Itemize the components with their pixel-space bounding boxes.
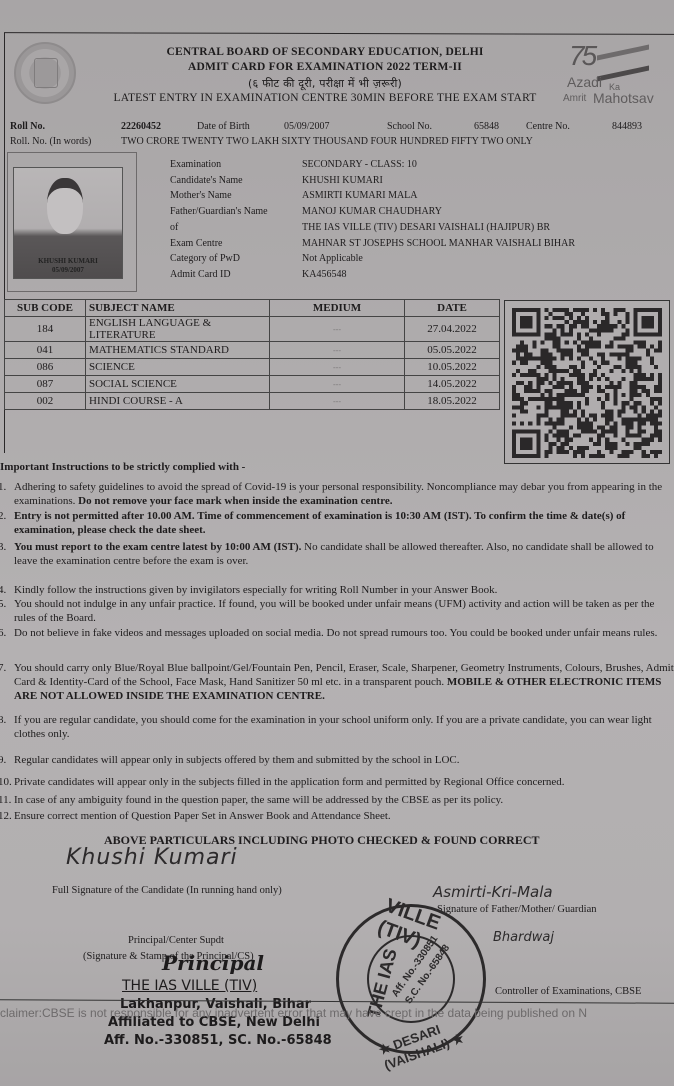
medium-cell: --- — [270, 376, 405, 393]
table-row: 087SOCIAL SCIENCE---14.05.2022 — [5, 376, 500, 393]
school-round-stamp: VILLE (TIV) THE IAS ★ DESARI (VAISHALI) … — [336, 904, 486, 1054]
detail-value: MAHNAR ST JOSEPHS SCHOOL MANHAR VAISHALI… — [302, 238, 575, 249]
entry-notice: LATEST ENTRY IN EXAMINATION CENTRE 30MIN… — [90, 92, 560, 104]
detail-value: THE IAS VILLE (TIV) DESARI VAISHALI (HAJ… — [302, 222, 550, 233]
principal-stamp-title: Principal — [162, 951, 264, 975]
detail-value: Not Applicable — [302, 253, 363, 264]
principal-stamp-school: THE IAS VILLE (TIV) — [122, 978, 257, 994]
subject-name-cell: HINDI COURSE - A — [86, 393, 270, 410]
controller-signature: Bhardwaj — [493, 930, 554, 945]
subject-name-cell: SCIENCE — [86, 359, 270, 376]
detail-value: SECONDARY - CLASS: 10 — [302, 159, 417, 170]
sub-code-cell: 184 — [5, 317, 86, 342]
subject-name-cell: SOCIAL SCIENCE — [86, 376, 270, 393]
cbse-emblem-icon — [14, 42, 76, 104]
col-medium: MEDIUM — [270, 300, 405, 317]
subject-name-cell: ENGLISH LANGUAGE & LITERATURE — [86, 317, 270, 342]
detail-label: Candidate's Name — [170, 175, 243, 186]
medium-cell: --- — [270, 359, 405, 376]
admit-card-title: ADMIT CARD FOR EXAMINATION 2022 TERM-II — [90, 61, 560, 73]
date-cell: 05.05.2022 — [405, 342, 500, 359]
roll-words-label: Roll. No. (In words) — [10, 136, 91, 147]
roll-words-value: TWO CRORE TWENTY TWO LAKH SIXTY THOUSAND… — [121, 136, 533, 147]
detail-label: Exam Centre — [170, 238, 222, 249]
board-title: CENTRAL BOARD OF SECONDARY EDUCATION, DE… — [90, 46, 560, 58]
medium-cell: --- — [270, 393, 405, 410]
admit-card-page: CENTRAL BOARD OF SECONDARY EDUCATION, DE… — [0, 0, 674, 1086]
school-no-value: 65848 — [474, 121, 499, 132]
dob-label: Date of Birth — [197, 121, 250, 132]
parent-signature: Asmirti-Kri-Mala — [433, 883, 553, 901]
table-row: 041MATHEMATICS STANDARD---05.05.2022 — [5, 342, 500, 359]
col-date: DATE — [405, 300, 500, 317]
date-cell: 18.05.2022 — [405, 393, 500, 410]
qr-code-icon — [504, 300, 670, 464]
controller-label: Controller of Examinations, CBSE — [495, 986, 641, 997]
date-cell: 27.04.2022 — [405, 317, 500, 342]
date-cell: 10.05.2022 — [405, 359, 500, 376]
parent-signature-label: Signature of Father/Mother/ Guardian — [437, 904, 597, 915]
detail-value: ASMIRTI KUMARI MALA — [302, 190, 418, 201]
medium-cell: --- — [270, 342, 405, 359]
medium-cell: --- — [270, 317, 405, 342]
roll-no-label: Roll No. — [10, 121, 45, 132]
principal-stamp-numbers: Aff. No.-330851, SC. No.-65848 — [104, 1033, 332, 1048]
table-header-row: SUB CODE SUBJECT NAME MEDIUM DATE — [5, 300, 500, 317]
centre-no-value: 844893 — [612, 121, 642, 132]
disclaimer-text: claimer:CBSE is not responsible for any … — [0, 1006, 587, 1020]
hindi-slogan: (६ फीट की दूरी, परीक्षा में भी ज़रूरी) — [90, 76, 560, 91]
date-cell: 14.05.2022 — [405, 376, 500, 393]
border-top — [4, 32, 674, 35]
instructions-title: Important Instructions to be strictly co… — [0, 461, 245, 473]
detail-label: Father/Guardian's Name — [170, 206, 268, 217]
roll-no-value: 22260452 — [121, 121, 161, 132]
sub-code-cell: 002 — [5, 393, 86, 410]
detail-label: Mother's Name — [170, 190, 232, 201]
detail-value: MANOJ KUMAR CHAUDHARY — [302, 206, 442, 217]
detail-label: Examination — [170, 159, 221, 170]
principal-label: Principal/Center Supdt — [128, 935, 224, 946]
sub-code-cell: 087 — [5, 376, 86, 393]
table-row: 184ENGLISH LANGUAGE & LITERATURE---27.04… — [5, 317, 500, 342]
flag-icon — [597, 44, 649, 81]
col-sub-code: SUB CODE — [5, 300, 86, 317]
subject-table: SUB CODE SUBJECT NAME MEDIUM DATE 184ENG… — [4, 299, 500, 410]
col-subject-name: SUBJECT NAME — [86, 300, 270, 317]
candidate-signature-label: Full Signature of the Candidate (In runn… — [52, 885, 282, 896]
school-no-label: School No. — [387, 121, 432, 132]
detail-label: of — [170, 222, 178, 233]
candidate-signature: Khushi Kumari — [66, 845, 238, 870]
candidate-photo: KHUSHI KUMARI 05/09/2007 — [13, 167, 123, 279]
footer-rule — [0, 999, 674, 1004]
dob-value: 05/09/2007 — [284, 121, 330, 132]
sub-code-cell: 086 — [5, 359, 86, 376]
detail-label: Admit Card ID — [170, 269, 231, 280]
detail-label: Category of PwD — [170, 253, 240, 264]
detail-value: KHUSHI KUMARI — [302, 175, 383, 186]
azadi-ka-amrit-mahotsav-logo: 75 Azadi Ka Amrit Mahotsav — [563, 42, 673, 112]
subject-name-cell: MATHEMATICS STANDARD — [86, 342, 270, 359]
table-row: 086SCIENCE---10.05.2022 — [5, 359, 500, 376]
centre-no-label: Centre No. — [526, 121, 570, 132]
sub-code-cell: 041 — [5, 342, 86, 359]
detail-value: KA456548 — [302, 269, 346, 280]
table-row: 002HINDI COURSE - A---18.05.2022 — [5, 393, 500, 410]
